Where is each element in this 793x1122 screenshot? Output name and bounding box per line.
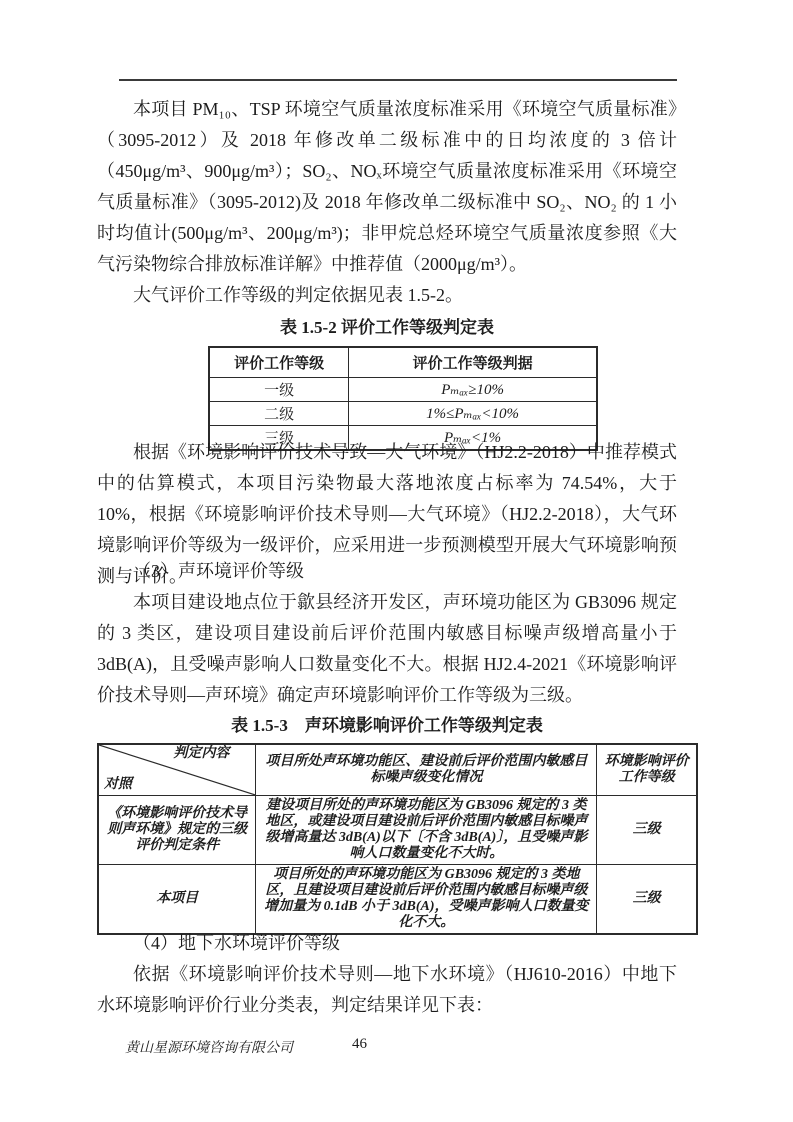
table-153-header-grade: 环境影响评价工作等级	[597, 744, 697, 796]
table-153-title: 表 1.5-3 声环境影响评价工作等级判定表	[97, 713, 677, 739]
table-row: 一级 Pₘₐₓ≥10%	[209, 378, 597, 402]
section-heading-groundwater: （4）地下水环境评价等级	[97, 928, 677, 959]
table-153-row1-item: 《环境影响评价技术导则声环境》规定的三级评价判定条件	[98, 796, 256, 865]
header-divider-rule	[119, 79, 677, 81]
table-row: 本项目 项目所处的声环境功能区为 GB3096 规定的 3 类地区，且建设项目建…	[98, 865, 697, 935]
air-quality-standard-paragraphs: 本项目 PM₁₀、TSP 环境空气质量浓度标准采用《环境空气质量标准》（3095…	[97, 94, 677, 311]
paragraph-noise-grade: 本项目建设地点位于歙县经济开发区，声环境功能区为 GB3096 规定的 3 类区…	[97, 587, 677, 711]
groundwater-paragraph-block: 依据《环境影响评价技术导则—地下水环境》（HJ610-2016）中地下水环境影响…	[97, 959, 677, 1021]
table-152-title: 表 1.5-2 评价工作等级判定表	[97, 315, 677, 341]
table-row: 评价工作等级 评价工作等级判据	[209, 347, 597, 378]
table-152-criteria-2: 1%≤Pₘₐₓ<10%	[349, 402, 597, 426]
table-153-row2-grade: 三级	[597, 865, 697, 935]
footer-company-name: 黄山星源环境咨询有限公司	[125, 1037, 293, 1057]
paragraph-air-quality-standards: 本项目 PM₁₀、TSP 环境空气质量浓度标准采用《环境空气质量标准》（3095…	[97, 94, 677, 280]
table-row: 判定内容 对照 项目所处声环境功能区、建设前后评价范围内敏感目标噪声级变化情况 …	[98, 744, 697, 796]
paragraph-table-152-reference: 大气评价工作等级的判定依据见表 1.5-2。	[97, 280, 677, 311]
document-page: 本项目 PM₁₀、TSP 环境空气质量浓度标准采用《环境空气质量标准》（3095…	[0, 0, 793, 1122]
table-153-row2-condition: 项目所处的声环境功能区为 GB3096 规定的 3 类地区，且建设项目建设前后评…	[256, 865, 597, 935]
noise-grade-paragraph-block: 本项目建设地点位于歙县经济开发区，声环境功能区为 GB3096 规定的 3 类区…	[97, 587, 677, 711]
section-heading-4-block: （4）地下水环境评价等级	[97, 928, 677, 959]
table-152-level-1: 一级	[209, 378, 349, 402]
table-noise-grade-determination: 判定内容 对照 项目所处声环境功能区、建设前后评价范围内敏感目标噪声级变化情况 …	[97, 743, 698, 935]
table-153-wrapper: 判定内容 对照 项目所处声环境功能区、建设前后评价范围内敏感目标噪声级变化情况 …	[97, 743, 698, 935]
paragraph-groundwater: 依据《环境影响评价技术导则—地下水环境》（HJ610-2016）中地下水环境影响…	[97, 959, 677, 1021]
footer-page-number: 46	[352, 1036, 367, 1053]
table-152-header-criteria: 评价工作等级判据	[349, 347, 597, 378]
table-evaluation-grade: 评价工作等级 评价工作等级判据 一级 Pₘₐₓ≥10% 二级 1%≤Pₘₐₓ<1…	[208, 346, 598, 451]
table-row: 二级 1%≤Pₘₐₓ<10%	[209, 402, 597, 426]
section-heading-noise: （3）声环境评价等级	[97, 556, 677, 587]
table-153-row1-condition: 建设项目所处的声环境功能区为 GB3096 规定的 3 类地区，或建设项目建设前…	[256, 796, 597, 865]
table-152-wrapper: 评价工作等级 评价工作等级判据 一级 Pₘₐₓ≥10% 二级 1%≤Pₘₐₓ<1…	[208, 346, 598, 451]
section-heading-3-block: （3）声环境评价等级	[97, 556, 677, 587]
table-153-header-compare: 对照	[104, 777, 132, 793]
table-153-header-content: 判定内容	[173, 746, 229, 762]
table-153-row2-item: 本项目	[98, 865, 256, 935]
table-153-header-condition: 项目所处声环境功能区、建设前后评价范围内敏感目标噪声级变化情况	[256, 744, 597, 796]
table-row: 《环境影响评价技术导则声环境》规定的三级评价判定条件 建设项目所处的声环境功能区…	[98, 796, 697, 865]
table-152-level-2: 二级	[209, 402, 349, 426]
table-153-diagonal-header-cell: 判定内容 对照	[98, 744, 256, 796]
table-152-header-level: 评价工作等级	[209, 347, 349, 378]
table-152-criteria-1: Pₘₐₓ≥10%	[349, 378, 597, 402]
table-153-row1-grade: 三级	[597, 796, 697, 865]
